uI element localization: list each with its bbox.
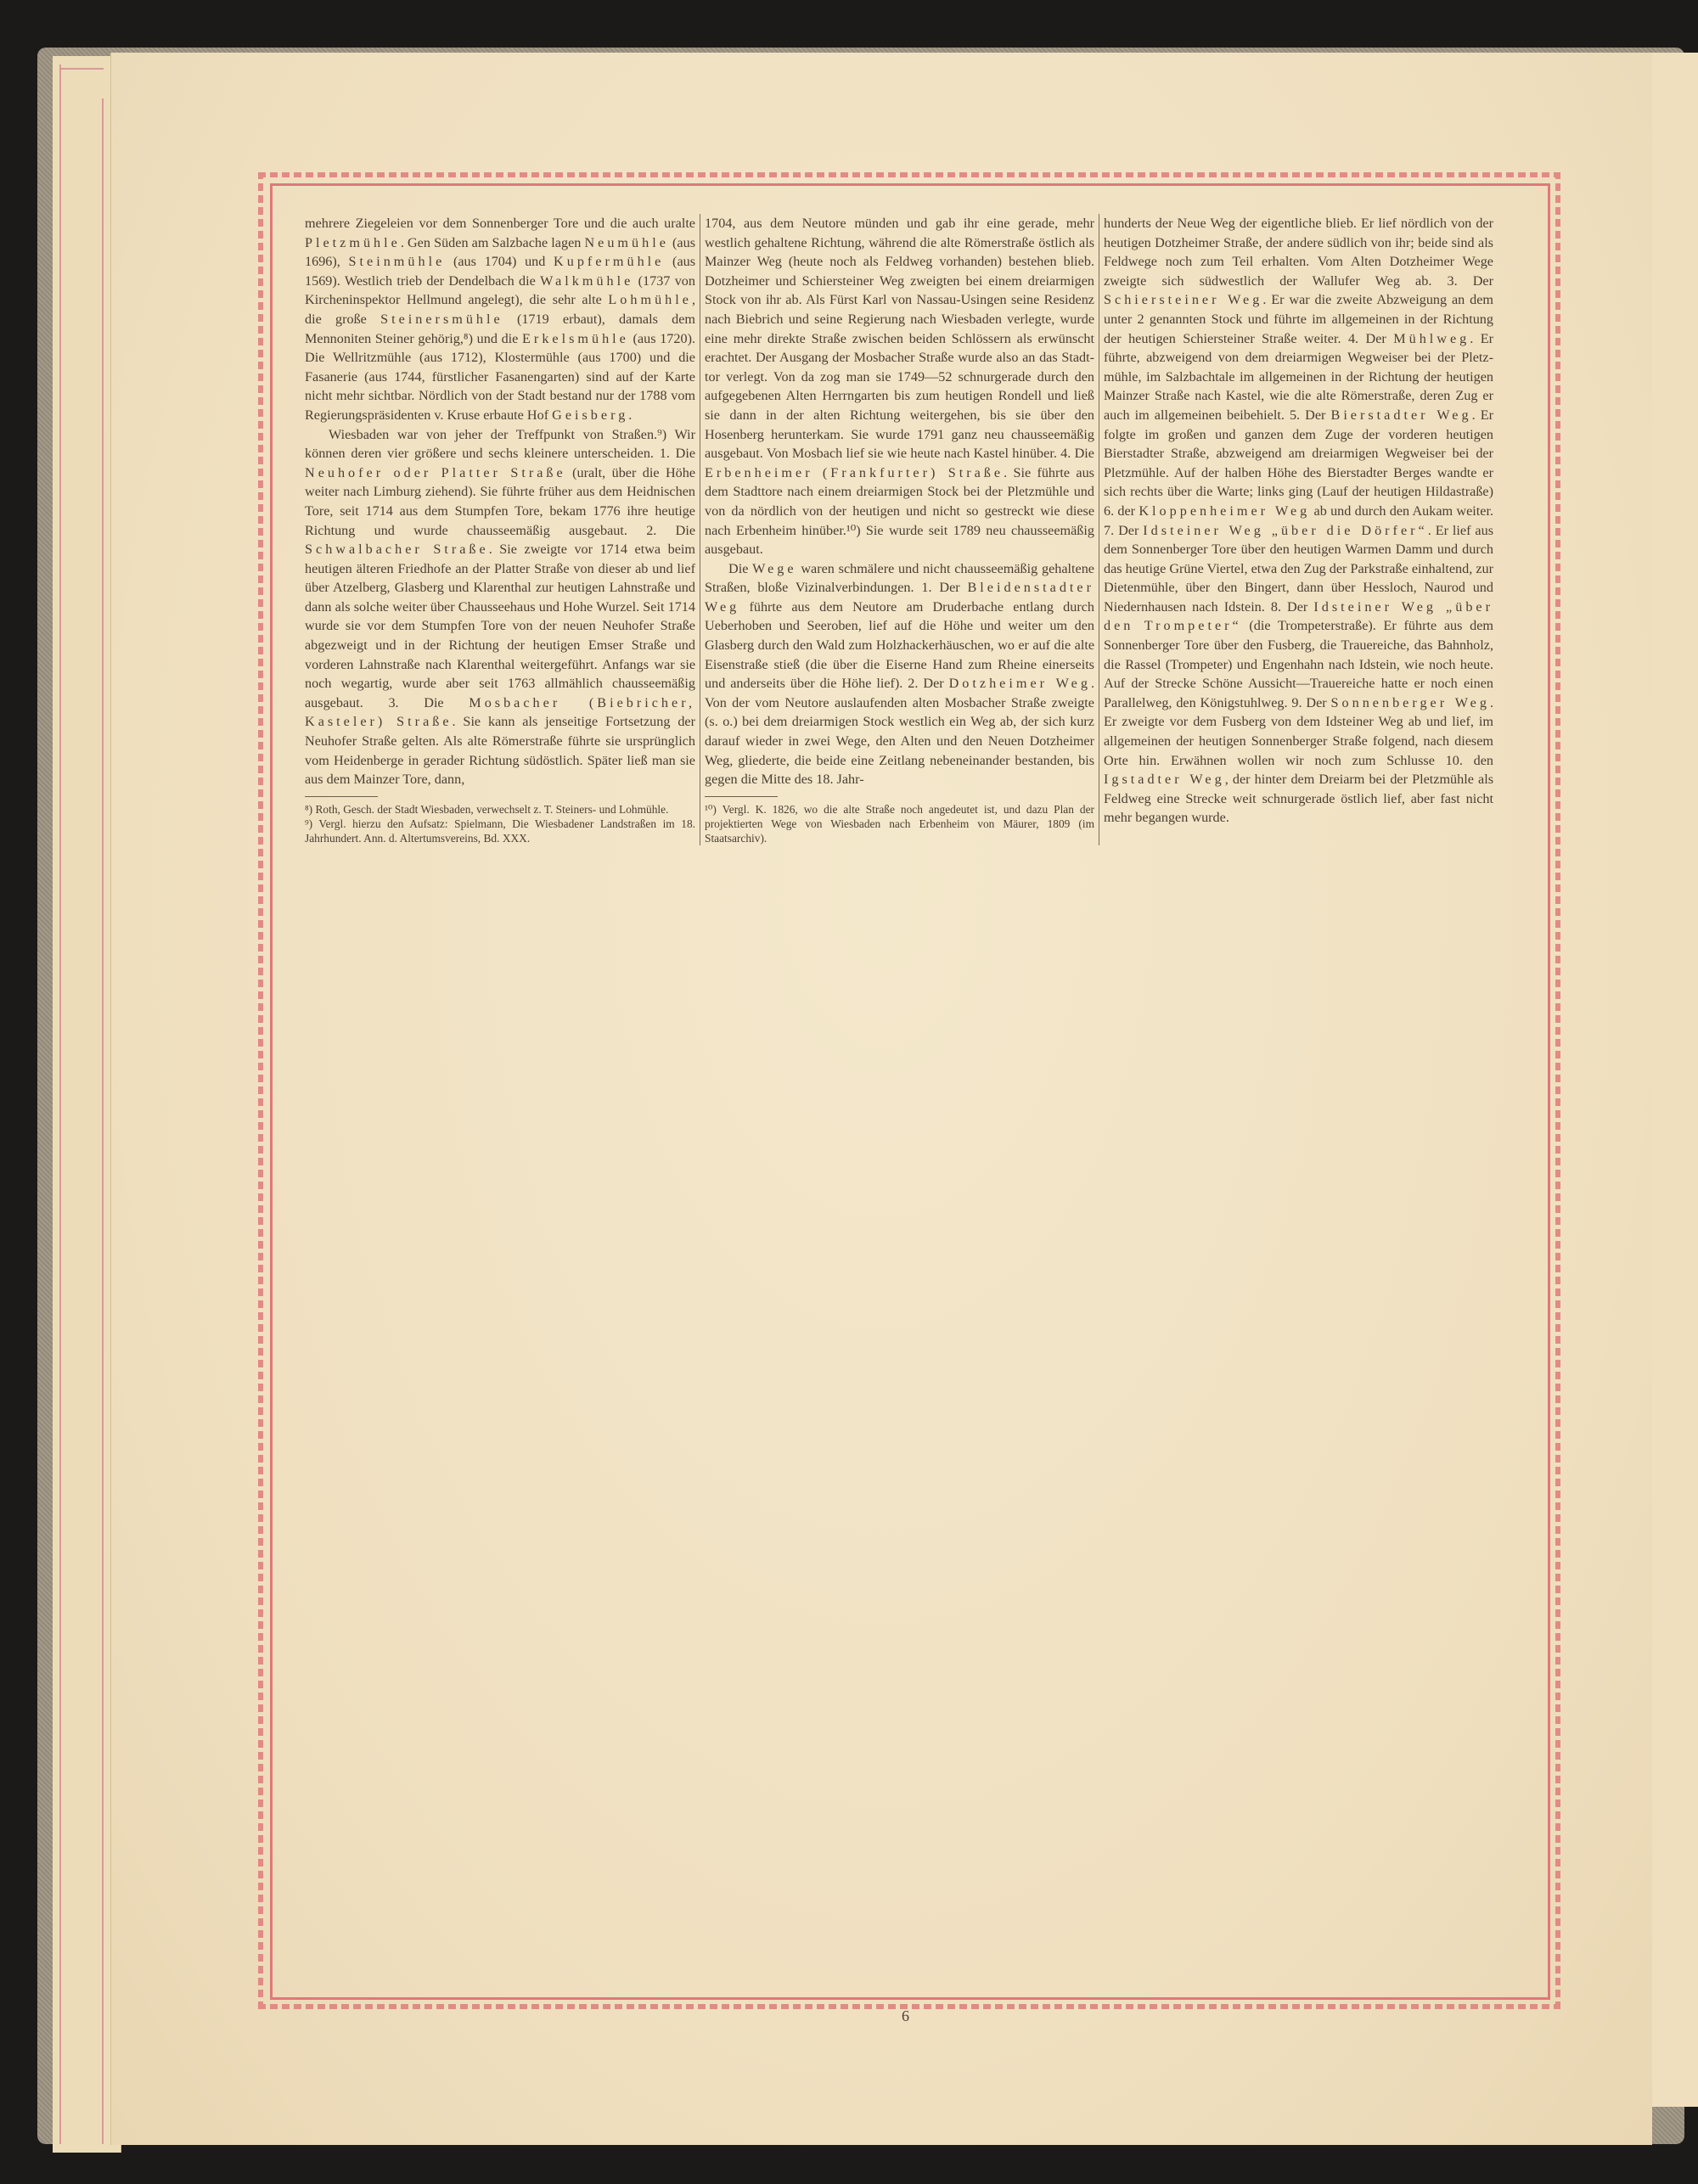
footnote-divider bbox=[305, 796, 378, 797]
text-run: (aus 1704) und bbox=[445, 254, 554, 269]
paragraph: hunderts der Neue Weg der eigentliche bl… bbox=[1104, 214, 1493, 828]
footnote: ¹⁰) Vergl. K. 1826, wo die alte Straße n… bbox=[705, 802, 1094, 845]
emphasized-term: Igstadter Weg bbox=[1104, 772, 1225, 787]
emphasized-term: Walkmühle bbox=[540, 273, 633, 289]
footnote: ⁸) Roth, Gesch. der Stadt Wiesbaden, ver… bbox=[305, 802, 695, 817]
emphasized-term: Kupfermühle bbox=[554, 254, 664, 269]
footnote-divider bbox=[705, 796, 778, 797]
text-run: . Gen Süden am Salzbache lagen bbox=[401, 235, 585, 250]
footnote: ⁹) Vergl. hierzu den Aufsatz: Spielmann,… bbox=[305, 817, 695, 845]
leaf-rule bbox=[59, 65, 61, 2144]
paragraph: 1704, aus dem Neutore münden und gab ihr… bbox=[705, 214, 1094, 559]
emphasized-term: Schiersteiner Weg bbox=[1104, 292, 1262, 307]
emphasized-term: Wege bbox=[752, 561, 796, 576]
emphasized-term: Geisberg bbox=[552, 407, 628, 423]
emphasized-term: Mühlweg bbox=[1393, 331, 1470, 346]
emphasized-term: Bierstadter Weg bbox=[1331, 407, 1472, 423]
paragraph: mehrere Ziegeleien vor dem Sonnenberger … bbox=[305, 214, 695, 425]
text-run: . Von der vom Neutore auslaufenden alten… bbox=[705, 676, 1094, 787]
emphasized-term: Lohmühle bbox=[608, 292, 692, 307]
leaf-rule bbox=[59, 68, 104, 70]
paragraph: Die Wege waren schmälere und nicht chaus… bbox=[705, 559, 1094, 789]
emphasized-term: Steinmühle bbox=[349, 254, 446, 269]
emphasized-term: Erbenheimer (Frank­furter) Straße bbox=[705, 465, 1004, 480]
text-run: . Sie zweigte vor 1714 etwa beim heutige… bbox=[305, 542, 695, 710]
text-run: mehrere Ziegeleien vor dem Sonnenberger … bbox=[305, 216, 695, 231]
text-run: . bbox=[628, 407, 632, 423]
emphasized-term: Erkelsmühle bbox=[522, 331, 629, 346]
emphasized-term: Pletzmühle bbox=[305, 235, 401, 250]
text-run: Wiesbaden war von jeher der Treffpunkt v… bbox=[305, 427, 695, 462]
emphasized-term: Sonnen­berger Weg bbox=[1331, 695, 1490, 710]
emphasized-term: Schwalbacher Straße bbox=[305, 542, 489, 557]
text-run: hunderts der Neue Weg der eigentliche bl… bbox=[1104, 216, 1493, 289]
emphasized-term: Kloppenheimer Weg bbox=[1139, 503, 1310, 519]
text-run: 1704, aus dem Neutore münden und gab ihr… bbox=[705, 216, 1094, 461]
text-columns: mehrere Ziegeleien vor dem Sonnenberger … bbox=[301, 214, 1523, 845]
page-number: 6 bbox=[902, 2007, 909, 2025]
emphasized-term: Neuhofer oder Platter Straße bbox=[305, 465, 566, 480]
column-2: 1704, aus dem Neutore münden und gab ihr… bbox=[700, 214, 1099, 845]
column-3: hunderts der Neue Weg der eigentliche bl… bbox=[1099, 214, 1498, 845]
paragraph: Wiesbaden war von jeher der Treffpunkt v… bbox=[305, 425, 695, 789]
column-1: mehrere Ziegeleien vor dem Sonnenberger … bbox=[301, 214, 700, 845]
text-run: . Er folgte im großen und ganzen dem Zug… bbox=[1104, 407, 1493, 519]
emphasized-term: Neumühle bbox=[584, 235, 668, 250]
leaf-rule bbox=[102, 98, 104, 2144]
text-run: Die bbox=[728, 561, 752, 576]
emphasized-term: Idsteiner Weg „über die Dörfer“ bbox=[1143, 523, 1427, 538]
emphasized-term: Dotzheimer Weg bbox=[949, 676, 1091, 691]
next-page-edge bbox=[1649, 53, 1698, 2107]
emphasized-term: Steiners­mühle bbox=[380, 312, 503, 327]
